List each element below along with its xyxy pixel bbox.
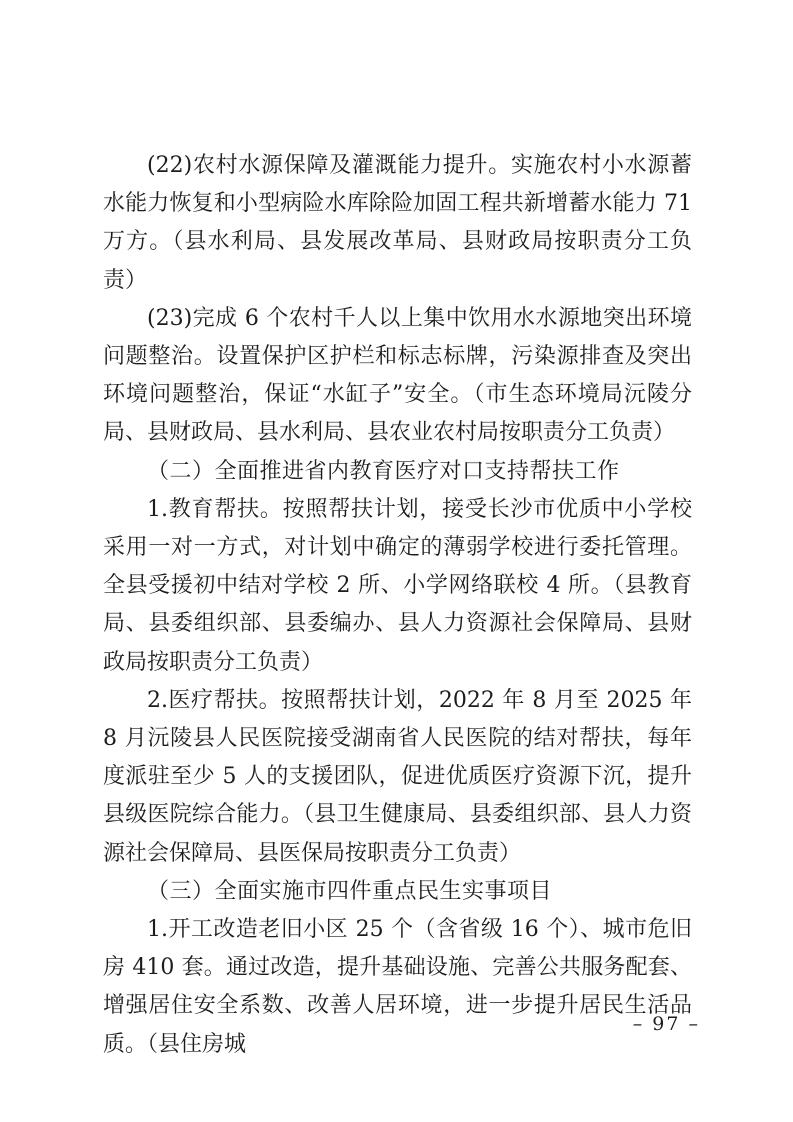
paragraph-item-23-drinking-water: (23)完成 6 个农村千人以上集中饮用水水源地突出环境问题整治。设置保护区护栏… — [103, 300, 692, 453]
page-number: – 97 – — [633, 1013, 700, 1035]
paragraph-medical-support: 2.医疗帮扶。按照帮扶计划，2022 年 8 月至 2025 年 8 月沅陵县人… — [103, 682, 692, 873]
section-heading-livelihood-projects: （三）全面实施市四件重点民生实事项目 — [103, 873, 692, 911]
paragraph-housing-renovation: 1.开工改造老旧小区 25 个（含省级 16 个）、城市危旧房 410 套。通过… — [103, 911, 692, 1064]
section-heading-education-medical-support: （二）全面推进省内教育医疗对口支持帮扶工作 — [103, 453, 692, 491]
document-body: (22)农村水源保障及灌溉能力提升。实施农村小水源蓄水能力恢复和小型病险水库除险… — [103, 147, 692, 1064]
paragraph-education-support: 1.教育帮扶。按照帮扶计划，接受长沙市优质中小学校采用一对一方式，对计划中确定的… — [103, 491, 692, 682]
document-page: (22)农村水源保障及灌溉能力提升。实施农村小水源蓄水能力恢复和小型病险水库除险… — [0, 0, 793, 1122]
paragraph-item-22-rural-water: (22)农村水源保障及灌溉能力提升。实施农村小水源蓄水能力恢复和小型病险水库除险… — [103, 147, 692, 300]
